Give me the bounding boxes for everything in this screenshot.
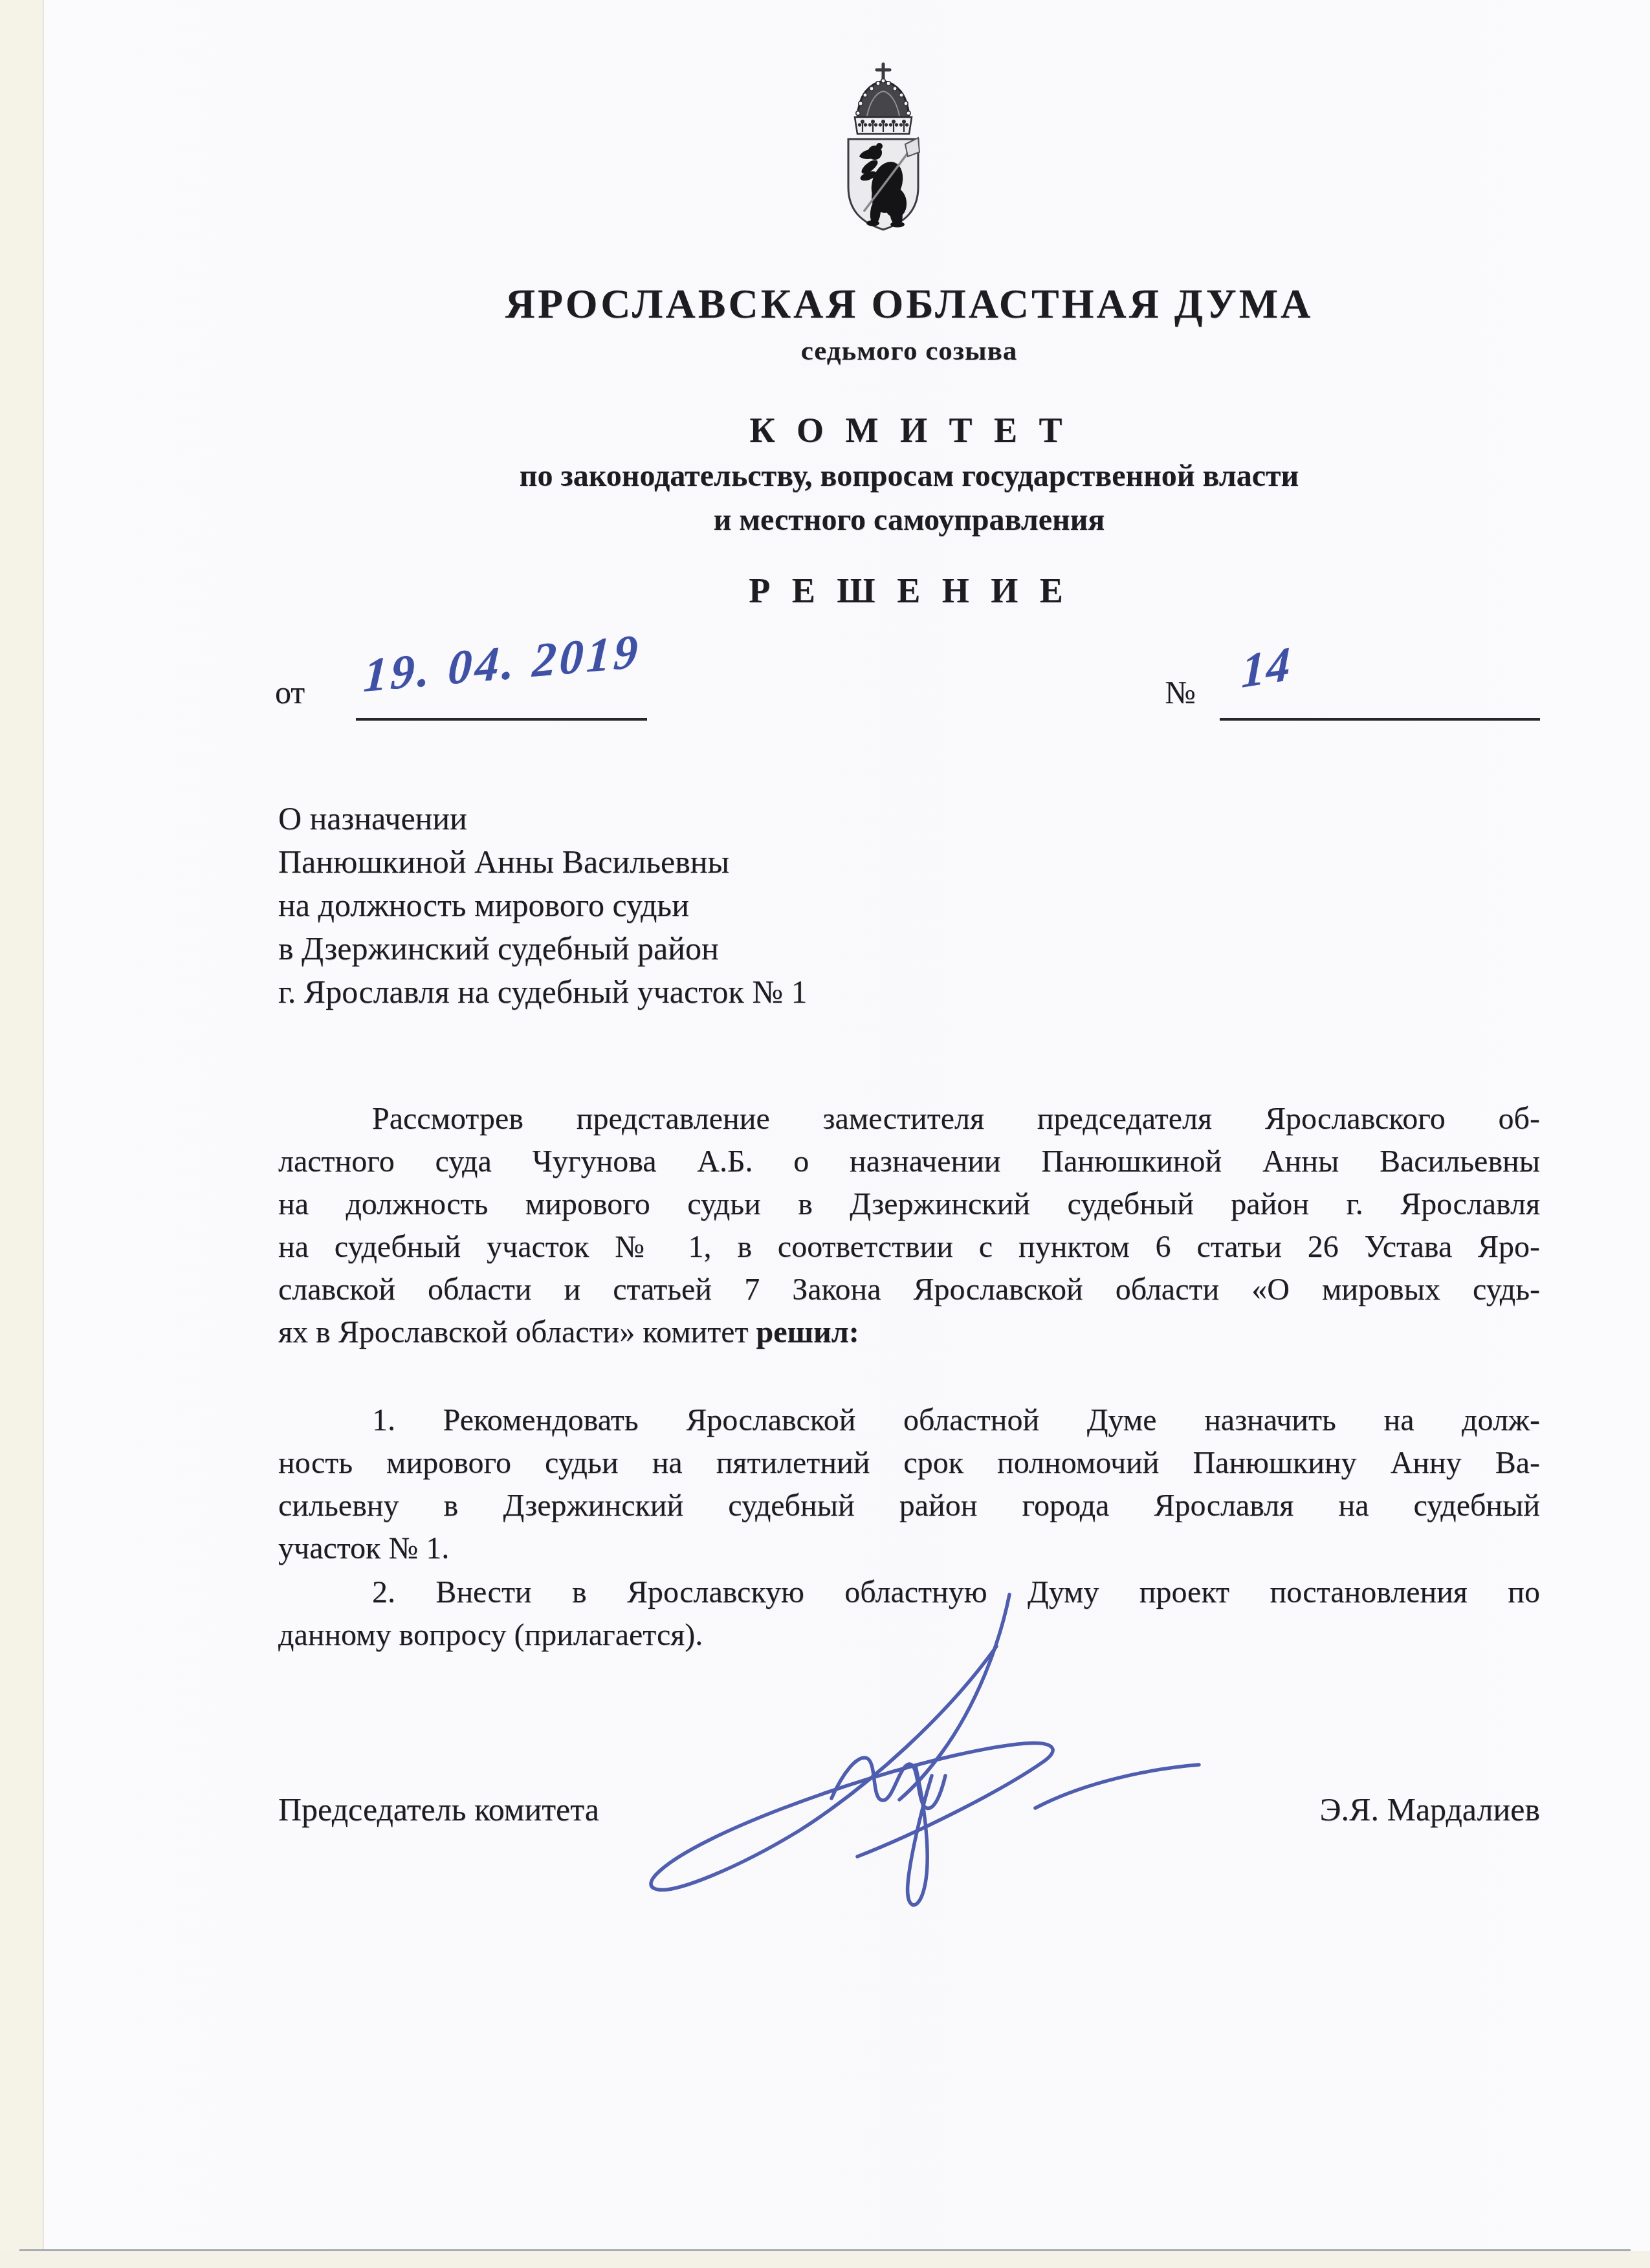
handwritten-number: 14 bbox=[1241, 640, 1292, 696]
date-underline bbox=[356, 718, 647, 721]
convocation: седьмого созыва bbox=[278, 337, 1540, 365]
subject-line: О назначении bbox=[278, 797, 1119, 840]
body-line: участок № 1. bbox=[278, 1527, 1540, 1570]
signer-title: Председатель комитета bbox=[278, 1793, 599, 1826]
committee-description-line2: и местного самоуправления bbox=[278, 505, 1540, 536]
preamble-paragraph: Рассмотрев представление заместителя пре… bbox=[278, 1098, 1540, 1354]
body-line: славской области и статьей 7 Закона Ярос… bbox=[278, 1269, 1540, 1311]
body-line: на судебный участок № 1, в соответствии … bbox=[278, 1226, 1540, 1269]
subject-line: Панюшкиной Анны Васильевны bbox=[278, 840, 1119, 884]
scanned-document-page: ЯРОСЛАВСКАЯ ОБЛАСТНАЯ ДУМА седьмого созы… bbox=[0, 0, 1650, 2268]
handwritten-signature bbox=[637, 1585, 1226, 1928]
subject-line: на должность мирового судьи bbox=[278, 884, 1119, 927]
number-underline bbox=[1220, 718, 1540, 721]
body-line: ях в Ярославской области» комитет решил: bbox=[278, 1311, 1540, 1354]
scanner-bed-left-strip bbox=[0, 0, 44, 2268]
org-name: ЯРОСЛАВСКАЯ ОБЛАСТНАЯ ДУМА bbox=[278, 283, 1540, 325]
subject-block: О назначении Панюшкиной Анны Васильевны … bbox=[278, 797, 1119, 1014]
scanner-bed-bottom-strip bbox=[0, 2251, 1650, 2268]
document-type-title: Р Е Ш Е Н И Е bbox=[278, 573, 1540, 608]
body-line: сильевну в Дзержинский судебный район го… bbox=[278, 1485, 1540, 1527]
committee-title: К О М И Т Е Т bbox=[278, 413, 1540, 448]
preamble-tail: ях в Ярославской области» комитет bbox=[278, 1315, 756, 1349]
signer-name: Э.Я. Мардалиев bbox=[1216, 1793, 1540, 1826]
body-line: на должность мирового судьи в Дзержински… bbox=[278, 1183, 1540, 1226]
date-label: от bbox=[275, 676, 305, 708]
resolved-word: решил: bbox=[756, 1315, 859, 1349]
paper-bottom-edge bbox=[19, 2249, 1631, 2251]
decision-item-1: 1. Рекомендовать Ярославской областной Д… bbox=[278, 1399, 1540, 1570]
body-line: ластного суда Чугунова А.Б. о назначении… bbox=[278, 1140, 1540, 1183]
number-label: № bbox=[1165, 676, 1196, 708]
subject-line: г. Ярославля на судебный участок № 1 bbox=[278, 970, 1119, 1014]
subject-line: в Дзержинский судебный район bbox=[278, 927, 1119, 970]
handwritten-date: 19. 04. 2019 bbox=[362, 627, 642, 700]
committee-description-line1: по законодательству, вопросам государств… bbox=[278, 461, 1540, 492]
body-line: 1. Рекомендовать Ярославской областной Д… bbox=[278, 1399, 1540, 1442]
yaroslavl-coat-of-arms-icon bbox=[838, 61, 929, 233]
body-line: Рассмотрев представление заместителя пре… bbox=[278, 1098, 1540, 1140]
body-line: ность мирового судьи на пятилетний срок … bbox=[278, 1442, 1540, 1485]
